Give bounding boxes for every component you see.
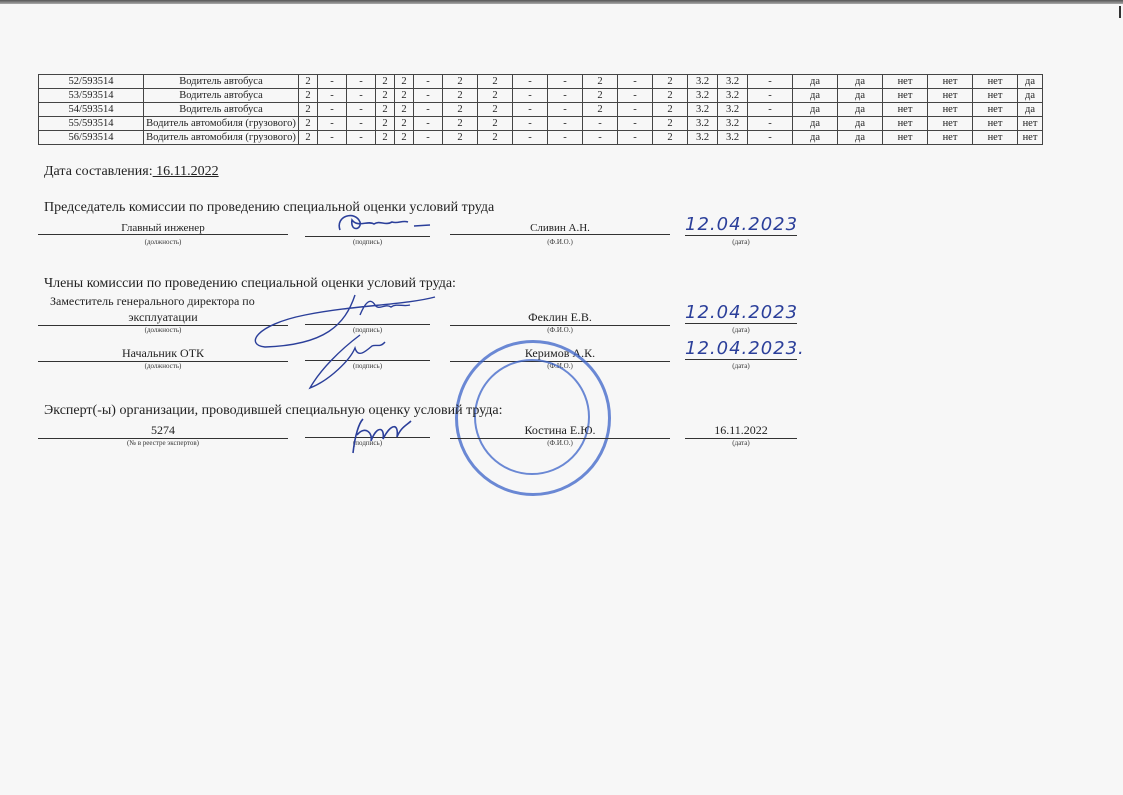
table-cell: -	[513, 89, 548, 103]
expert-name: Костина Е.Ю.	[450, 423, 670, 439]
table-cell: 2	[299, 117, 318, 131]
table-cell: нет	[928, 75, 973, 89]
table-cell: -	[618, 131, 653, 145]
table-cell: 2	[653, 75, 688, 89]
table-cell: Водитель автобуса	[144, 103, 299, 117]
table-cell: 2	[443, 75, 478, 89]
expert-signature	[345, 415, 415, 455]
caption-date: (дата)	[685, 238, 797, 246]
chairman-date: 12.04.2023	[685, 214, 797, 236]
table-cell: Водитель автомобиля (грузового)	[144, 117, 299, 131]
table-cell: нет	[1018, 131, 1043, 145]
table-cell: 55/593514	[39, 117, 144, 131]
table-cell: нет	[883, 75, 928, 89]
table-cell: 2	[478, 75, 513, 89]
table-cell: -	[513, 103, 548, 117]
table-row: 56/593514Водитель автомобиля (грузового)…	[39, 131, 1043, 145]
member-1-position-line1: Заместитель генерального директора по	[50, 294, 255, 309]
table-cell: -	[748, 117, 793, 131]
table-cell: нет	[928, 117, 973, 131]
compiled-date-value: 16.11.2022	[153, 164, 219, 179]
table-cell: Водитель автобуса	[144, 75, 299, 89]
table-cell: -	[548, 89, 583, 103]
table-cell: -	[318, 117, 347, 131]
table-cell: -	[414, 131, 443, 145]
table-cell: -	[583, 117, 618, 131]
table-cell: -	[513, 131, 548, 145]
table-cell: 2	[478, 89, 513, 103]
expert-date: 16.11.2022	[685, 423, 797, 439]
scan-right-edge	[1119, 6, 1121, 18]
caption-fio: (Ф.И.О.)	[450, 439, 670, 447]
table-cell: нет	[973, 89, 1018, 103]
member-1-date: 12.04.2023	[685, 302, 797, 324]
table-cell: нет	[973, 131, 1018, 145]
member-2-signature	[300, 330, 390, 395]
table-cell: 2	[653, 117, 688, 131]
chairman-name: Сливин А.Н.	[450, 222, 670, 235]
table-cell: -	[318, 131, 347, 145]
table-cell: 2	[583, 103, 618, 117]
table-cell: 2	[478, 103, 513, 117]
table-cell: да	[793, 75, 838, 89]
table-cell: -	[347, 89, 376, 103]
table-cell: 3.2	[718, 131, 748, 145]
table-cell: -	[548, 131, 583, 145]
table-cell: 56/593514	[39, 131, 144, 145]
table-row: 54/593514Водитель автобуса2--22-22--2-23…	[39, 103, 1043, 117]
table-cell: 2	[583, 89, 618, 103]
table-cell: 3.2	[688, 117, 718, 131]
table-cell: Водитель автобуса	[144, 89, 299, 103]
table-cell: -	[548, 117, 583, 131]
table-cell: -	[318, 89, 347, 103]
table-cell: 3.2	[688, 131, 718, 145]
compiled-date-label: Дата составления:	[44, 164, 153, 179]
table-cell: -	[347, 117, 376, 131]
table-cell: да	[1018, 103, 1043, 117]
table-cell: -	[347, 75, 376, 89]
table-cell: -	[583, 131, 618, 145]
table-cell: 2	[443, 117, 478, 131]
table-cell: -	[618, 103, 653, 117]
table-cell: 2	[653, 131, 688, 145]
table-cell: 2	[299, 89, 318, 103]
table-cell: да	[793, 131, 838, 145]
results-table: 52/593514Водитель автобуса2--22-22--2-23…	[38, 74, 1043, 145]
table-cell: да	[1018, 89, 1043, 103]
table-cell: да	[793, 103, 838, 117]
table-cell: -	[347, 131, 376, 145]
table-cell: -	[414, 103, 443, 117]
table-row: 53/593514Водитель автобуса2--22-22--2-23…	[39, 89, 1043, 103]
table-cell: 2	[583, 75, 618, 89]
table-cell: нет	[928, 131, 973, 145]
table-cell: 54/593514	[39, 103, 144, 117]
table-cell: 2	[395, 117, 414, 131]
table-cell: 52/593514	[39, 75, 144, 89]
table-cell: да	[793, 89, 838, 103]
table-cell: 2	[299, 75, 318, 89]
table-cell: 2	[395, 103, 414, 117]
table-cell: 2	[443, 103, 478, 117]
table-cell: -	[548, 103, 583, 117]
caption-signature: (подпись)	[305, 238, 430, 246]
table-cell: да	[838, 103, 883, 117]
table-cell: 53/593514	[39, 89, 144, 103]
table-cell: 2	[376, 103, 395, 117]
table-cell: нет	[928, 89, 973, 103]
table-cell: да	[838, 89, 883, 103]
table-cell: -	[414, 89, 443, 103]
table-cell: 2	[443, 131, 478, 145]
table-cell: 3.2	[688, 89, 718, 103]
member-2-date: 12.04.2023.	[685, 338, 797, 360]
table-cell: 2	[395, 75, 414, 89]
table-cell: 3.2	[688, 103, 718, 117]
table-cell: -	[548, 75, 583, 89]
table-cell: 3.2	[688, 75, 718, 89]
table-cell: -	[748, 131, 793, 145]
table-cell: -	[748, 103, 793, 117]
table-cell: 2	[395, 89, 414, 103]
table-cell: 2	[376, 131, 395, 145]
table-cell: 2	[653, 89, 688, 103]
table-cell: -	[414, 75, 443, 89]
table-cell: нет	[883, 131, 928, 145]
table-cell: -	[414, 117, 443, 131]
table-cell: нет	[973, 103, 1018, 117]
table-cell: 3.2	[718, 89, 748, 103]
table-cell: 2	[478, 131, 513, 145]
member-1-name: Феклин Е.В.	[450, 310, 670, 326]
table-cell: -	[318, 75, 347, 89]
chairman-position: Главный инженер	[38, 222, 288, 235]
caption-date: (дата)	[685, 362, 797, 370]
table-cell: нет	[973, 75, 1018, 89]
table-cell: 2	[299, 131, 318, 145]
scan-top-edge	[0, 0, 1123, 4]
table-cell: 2	[478, 117, 513, 131]
table-cell: нет	[883, 89, 928, 103]
table-cell: да	[838, 131, 883, 145]
table-cell: да	[838, 75, 883, 89]
table-cell: 2	[443, 89, 478, 103]
table-cell: нет	[883, 117, 928, 131]
table-cell: 2	[376, 117, 395, 131]
table-cell: нет	[928, 103, 973, 117]
compiled-date: Дата составления: 16.11.2022	[44, 164, 219, 180]
table-cell: да	[1018, 75, 1043, 89]
table-cell: нет	[883, 103, 928, 117]
table-cell: 3.2	[718, 75, 748, 89]
table-row: 55/593514Водитель автомобиля (грузового)…	[39, 117, 1043, 131]
caption-registry: (№ в реестре экспертов)	[38, 439, 288, 447]
table-cell: 2	[653, 103, 688, 117]
table-cell: -	[513, 117, 548, 131]
experts-title: Эксперт(-ы) организации, проводившей спе…	[44, 403, 503, 419]
chairman-signature	[330, 208, 440, 238]
table-cell: 2	[376, 89, 395, 103]
table-cell: 2	[376, 75, 395, 89]
caption-fio: (Ф.И.О.)	[450, 238, 670, 246]
table-cell: 3.2	[718, 103, 748, 117]
caption-fio: (Ф.И.О.)	[450, 326, 670, 334]
table-cell: -	[347, 103, 376, 117]
table-cell: 3.2	[718, 117, 748, 131]
table-cell: 2	[299, 103, 318, 117]
table-cell: Водитель автомобиля (грузового)	[144, 131, 299, 145]
table-cell: 2	[395, 131, 414, 145]
table-cell: -	[618, 117, 653, 131]
table-row: 52/593514Водитель автобуса2--22-22--2-23…	[39, 75, 1043, 89]
table-cell: -	[618, 75, 653, 89]
table-cell: -	[618, 89, 653, 103]
table-cell: да	[793, 117, 838, 131]
table-cell: -	[513, 75, 548, 89]
caption-date: (дата)	[685, 439, 797, 447]
member-2-position: Начальник ОТК	[38, 346, 288, 362]
table-cell: нет	[973, 117, 1018, 131]
caption-position: (должность)	[38, 362, 288, 370]
table-cell: да	[838, 117, 883, 131]
table-cell: -	[318, 103, 347, 117]
expert-registry-number: 5274	[38, 423, 288, 439]
caption-position: (должность)	[38, 238, 288, 246]
table-cell: нет	[1018, 117, 1043, 131]
table-cell: -	[748, 89, 793, 103]
caption-date: (дата)	[685, 326, 797, 334]
table-cell: -	[748, 75, 793, 89]
